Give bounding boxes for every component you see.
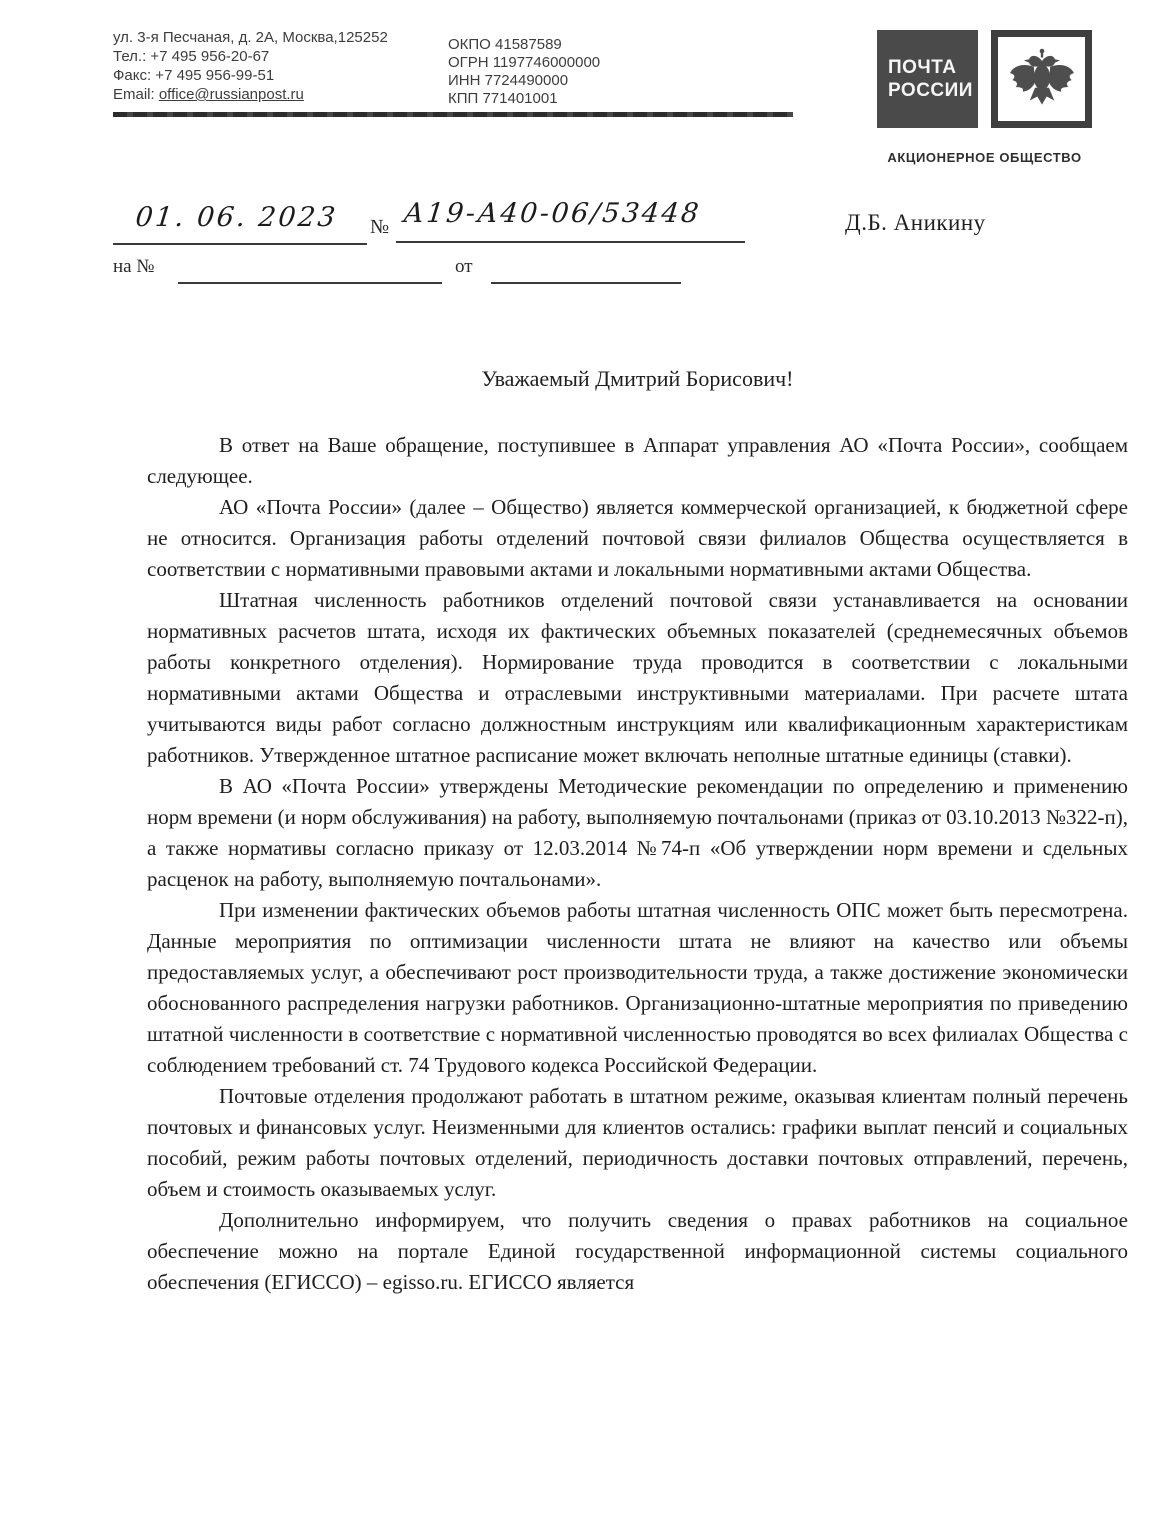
letter-body: В ответ на Ваше обращение, поступившее в… (147, 430, 1128, 1298)
contact-block: ул. 3-я Песчаная, д. 2А, Москва,125252 Т… (113, 28, 388, 104)
logo-line1: ПОЧТА (888, 56, 978, 79)
reply-date-label: от (455, 256, 473, 278)
body-paragraph: При изменении фактических объемов работы… (147, 895, 1128, 1081)
reply-number-underline (178, 282, 442, 284)
double-headed-eagle-icon (1007, 47, 1077, 111)
addressee: Д.Б. Аникину (845, 210, 986, 236)
header-divider (113, 112, 793, 117)
body-paragraph: АО «Почта России» (далее – Общество) явл… (147, 492, 1128, 585)
body-paragraph: Почтовые отделения продолжают работать в… (147, 1081, 1128, 1205)
email-label: Email: (113, 86, 159, 103)
ogrn-line: ОГРН 1197746000000 (448, 54, 600, 72)
org-type-label: АКЦИОНЕРНОЕ ОБЩЕСТВО (877, 150, 1092, 165)
russian-post-logo: ПОЧТА РОССИИ (877, 30, 1092, 128)
email-value: office@russianpost.ru (159, 86, 304, 103)
body-paragraph: В АО «Почта России» утверждены Методичес… (147, 771, 1128, 895)
body-paragraph: Штатная численность работников отделений… (147, 585, 1128, 771)
post-logo-wordmark: ПОЧТА РОССИИ (877, 30, 978, 128)
address-line: ул. 3-я Песчаная, д. 2А, Москва,125252 (113, 28, 388, 47)
outgoing-number-handwritten: А19-А40-06/53448 (402, 198, 702, 229)
body-paragraph: Дополнительно информируем, что получить … (147, 1205, 1128, 1298)
body-paragraph: В ответ на Ваше обращение, поступившее в… (147, 430, 1128, 492)
letter-page: ул. 3-я Песчаная, д. 2А, Москва,125252 Т… (0, 0, 1173, 1521)
email-line: Email: office@russianpost.ru (113, 85, 388, 104)
inn-line: ИНН 7724490000 (448, 72, 600, 90)
logo-line2: РОССИИ (888, 79, 978, 102)
date-handwritten: 01. 06. 2023 (134, 202, 339, 233)
okpo-line: ОКПО 41587589 (448, 36, 600, 54)
reply-number-label: на № (113, 256, 154, 278)
salutation: Уважаемый Дмитрий Борисович! (147, 366, 1128, 392)
number-sign-label: № (370, 216, 389, 239)
emblem-square (991, 30, 1092, 128)
date-underline (113, 243, 367, 245)
reply-date-underline (491, 282, 681, 284)
fax-line: Факс: +7 495 956-99-51 (113, 66, 388, 85)
kpp-line: КПП 771401001 (448, 90, 600, 108)
phone-line: Тел.: +7 495 956-20-67 (113, 47, 388, 66)
registry-block: ОКПО 41587589 ОГРН 1197746000000 ИНН 772… (448, 36, 600, 108)
number-underline (396, 241, 745, 243)
